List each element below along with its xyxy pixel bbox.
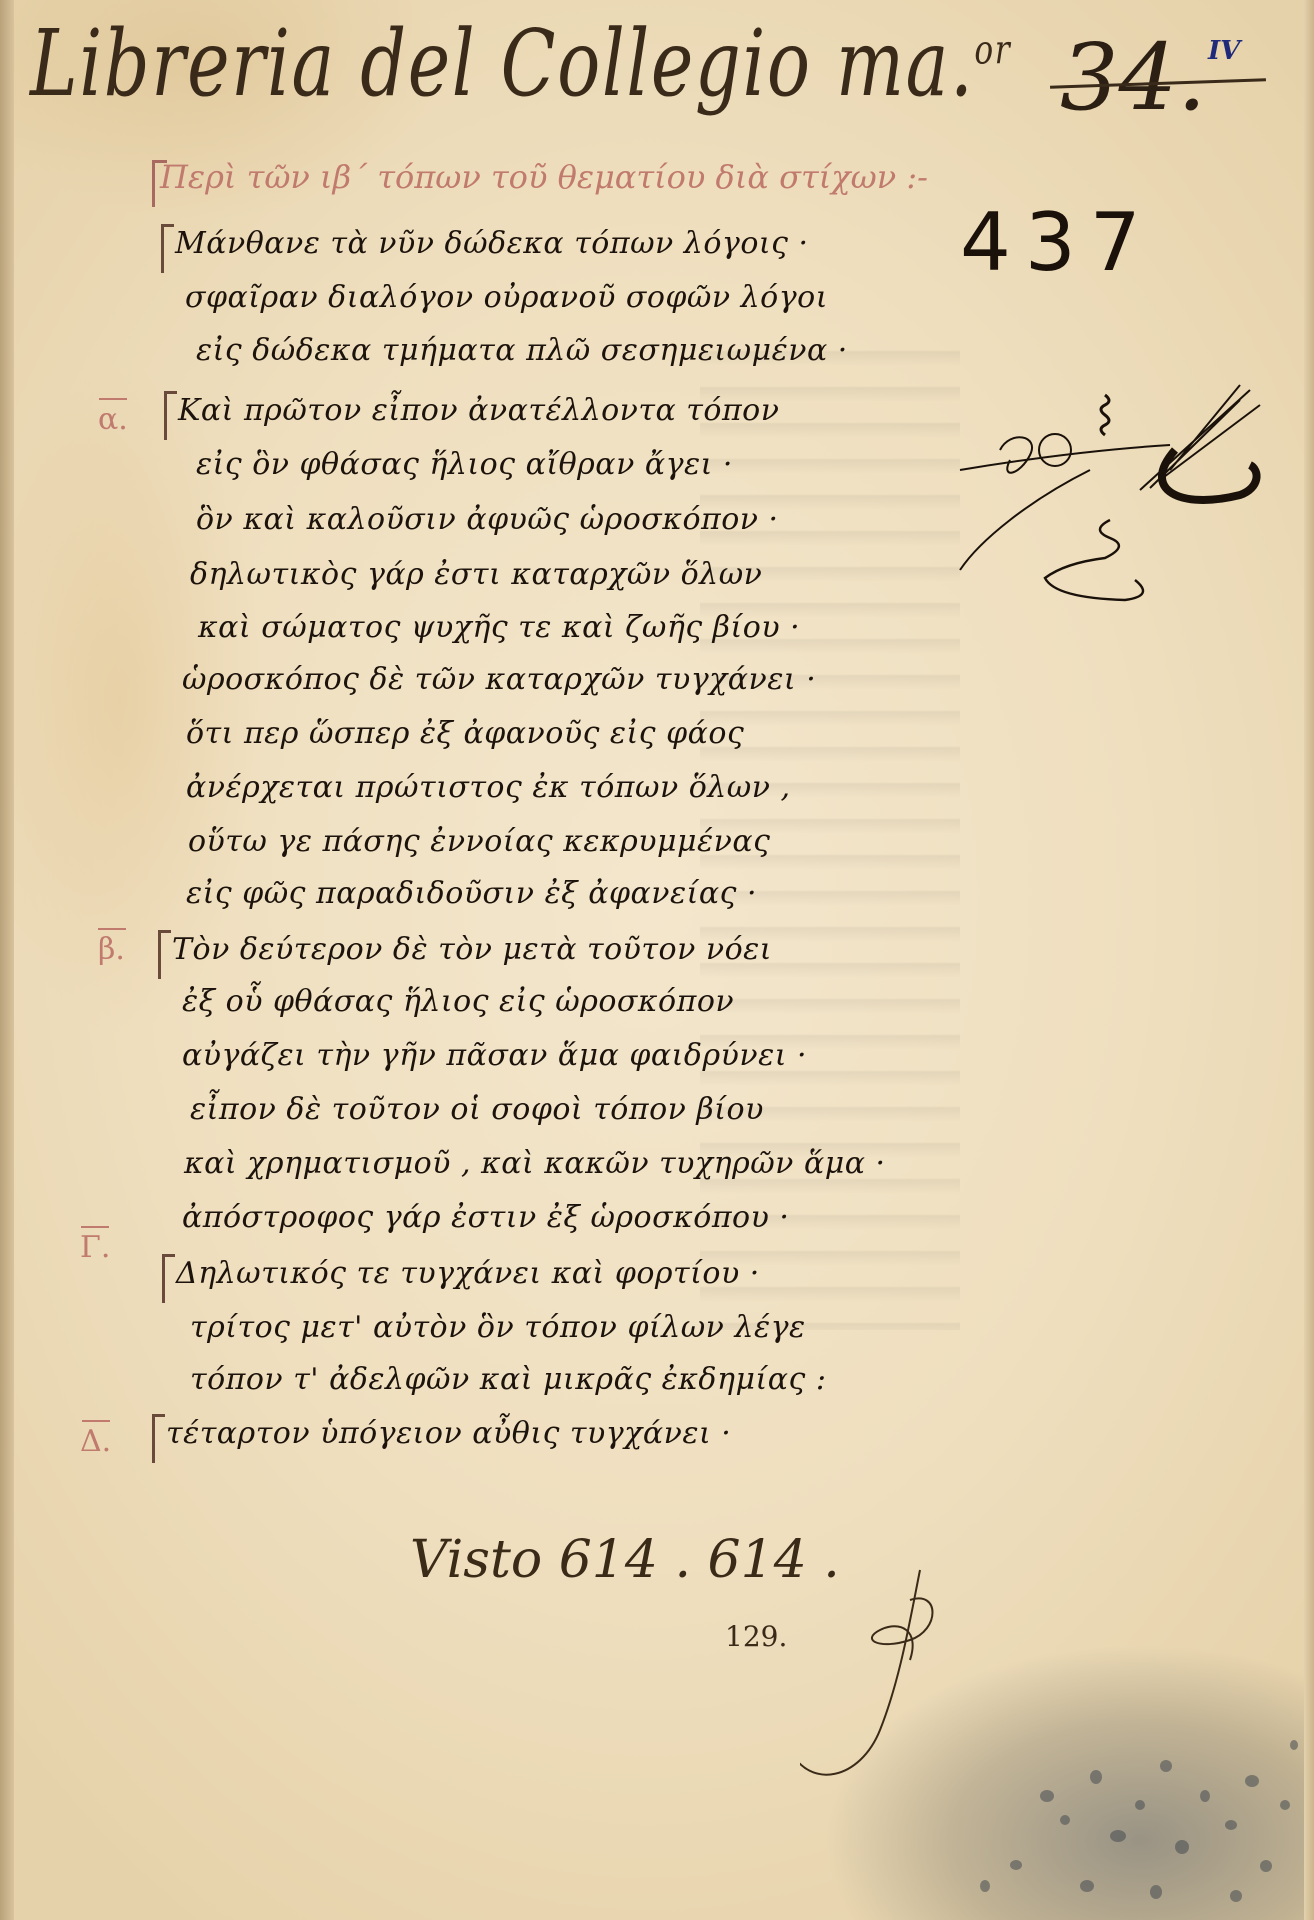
verse-line-4: Καὶ πρῶτον εἶπον ἀνατέλλοντα τόπον: [178, 393, 779, 428]
verse-line-19: ἀπόστροφος γάρ ἐστιν ἐξ ὡροσκόπου ·: [182, 1200, 789, 1235]
verse-line-12: οὕτω γε πάσης ἐννοίας κεκρυμμένας: [188, 824, 770, 859]
verse-line-16: αὐγάζει τὴν γῆν πᾶσαν ἅμα φαιδρύνει ·: [182, 1038, 807, 1073]
ownership-inscription: Libreria del Collegio ma.or: [30, 10, 1011, 117]
verse-line-9: ὡροσκόπος δὲ τῶν καταρχῶν τυγχάνει ·: [182, 662, 816, 697]
verse-line-3: εἰς δώδεκα τμήματα πλῶ σεσημειωμένα ·: [196, 333, 848, 368]
verse-line-1: Μάνθανε τὰ νῦν δώδεκα τόπων λόγοις ·: [175, 226, 809, 261]
verse-line-17: εἶπον δὲ τοῦτον οἱ σοφοὶ τόπον βίου: [190, 1092, 764, 1127]
inspection-note: Visto 614 . 614 .: [410, 1530, 840, 1590]
rubric-title: Περὶ τῶν ιβ΄ τόπων τοῦ θεματίου διὰ στίχ…: [160, 158, 928, 196]
verse-line-18: καὶ χρηματισμοῦ , καὶ κακῶν τυχηρῶν ἅμα …: [184, 1146, 886, 1181]
page-outer-edge: [1304, 0, 1314, 1920]
verse-line-23: τέταρτον ὑπόγειον αὖθις τυγχάνει ·: [166, 1416, 731, 1451]
section-numeral-gamma: Γ.: [80, 1226, 110, 1265]
verse-line-20: Δηλωτικός τε τυγχάνει καὶ φορτίου ·: [176, 1256, 760, 1291]
verse-line-5: εἰς ὃν φθάσας ἥλιος αἴθραν ἄγει ·: [196, 447, 733, 482]
verse-line-6: ὃν καὶ καλοῦσιν ἀφυῶς ὡροσκόπον ·: [196, 502, 779, 537]
manuscript-page: Libreria del Collegio ma.or 34. IV Περὶ …: [0, 0, 1314, 1920]
signature-flourish-icon: [940, 370, 1280, 630]
folio-number: 437: [960, 196, 1155, 289]
verse-line-22: τόπον τ' ἀδελφῶν καὶ μικρᾶς ἐκδημίας :: [190, 1362, 826, 1397]
paraph-flourish-icon: [800, 1560, 940, 1800]
page-gutter-edge: [0, 0, 14, 1920]
ownership-superscript: or: [974, 27, 1011, 73]
section-numeral-delta: Δ.: [80, 1420, 111, 1459]
blue-roman-shelfmark: IV: [1208, 36, 1240, 66]
verse-line-8: καὶ σώματος ψυχῆς τε καὶ ζωῆς βίου ·: [198, 610, 800, 645]
verse-line-13: εἰς φῶς παραδιδοῦσιν ἐξ ἀφανείας ·: [186, 876, 757, 911]
bottom-number: 129.: [725, 1620, 787, 1653]
struck-shelfmark-text: 34.: [1060, 24, 1206, 131]
verse-line-10: ὅτι περ ὥσπερ ἐξ ἀφανοῦς εἰς φάος: [186, 716, 744, 751]
verse-line-7: δηλωτικὸς γάρ ἐστι καταρχῶν ὅλων: [190, 557, 762, 592]
section-numeral-beta: β.: [98, 928, 126, 967]
verse-line-21: τρίτος μετ' αὐτὸν ὃν τόπον φίλων λέγε: [190, 1310, 806, 1345]
section-numeral-alpha: α.: [98, 398, 128, 437]
verse-line-2: σφαῖραν διαλόγον οὐρανοῦ σοφῶν λόγοι: [185, 280, 828, 315]
verse-line-15: ἐξ οὗ φθάσας ἥλιος εἰς ὡροσκόπον: [182, 984, 734, 1019]
verse-line-14: Τὸν δεύτερον δὲ τὸν μετὰ τοῦτον νόει: [172, 932, 772, 967]
struck-shelfmark: 34.: [1060, 24, 1206, 131]
verse-line-11: ἀνέρχεται πρώτιστος ἐκ τόπων ὅλων ,: [186, 770, 791, 805]
ownership-text: Libreria del Collegio ma.: [30, 10, 974, 117]
